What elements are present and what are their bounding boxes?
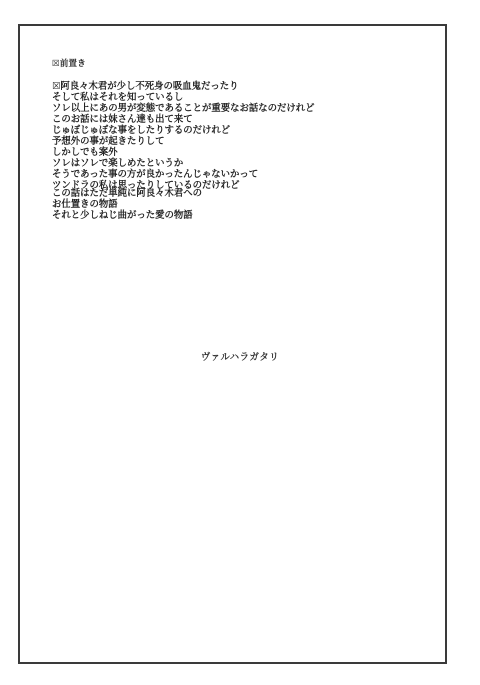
text-line: じゅぼじゅぼな事をしたりするのだけれど [52,125,315,136]
text-line: そうであった事の方が良かったんじゃないかって [52,169,315,180]
text-line: しかしでも案外 [52,147,315,158]
section-heading: ☒前置き [52,59,86,70]
text-line: そして私はそれを知っているし [52,92,315,103]
text-line: お仕置きの物語 [52,199,202,210]
preface-paragraph-1: ☒阿良々木君が少し不死身の吸血鬼だったり そして私はそれを知っているし ソレ以上… [52,81,315,191]
circle-signature: ヴァルハラガタリ [0,352,480,363]
text-line: このお話には妹さん達も出て来て [52,114,315,125]
text-line: ソレ以上にあの男が変態であることが重要なお話なのだけれど [52,103,315,114]
text-line: ☒阿良々木君が少し不死身の吸血鬼だったり [52,81,315,92]
text-line: ソレはソレで楽しめたというか [52,158,315,169]
text-line: それと少しねじ曲がった愛の物語 [52,210,202,221]
text-line: 予想外の事が起きたりして [52,136,315,147]
text-line: この話はただ単純に阿良々木君への [52,188,202,199]
preface-paragraph-2: この話はただ単純に阿良々木君への お仕置きの物語 それと少しねじ曲がった愛の物語 [52,188,202,221]
